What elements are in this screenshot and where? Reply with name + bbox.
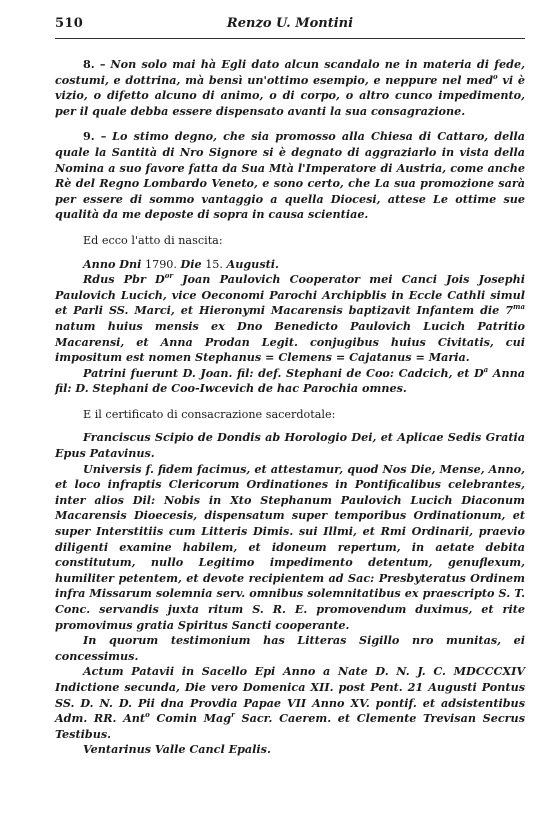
- section-number: 9. –: [83, 129, 106, 143]
- birth-year: 1790.: [145, 258, 177, 271]
- superscript: or: [165, 271, 173, 280]
- ordination-issuer: Franciscus Scipio de Dondis ab Horologio…: [55, 430, 525, 461]
- ordination-actum: Actum Patavii in Sacello Epi Anno a Nate…: [55, 664, 525, 742]
- document-page: 510 Renzo U. Montini 8. – Non solo mai h…: [55, 14, 525, 758]
- header-rule: [55, 38, 525, 39]
- die-label: Die: [181, 257, 202, 271]
- anno-label: Anno Dni: [83, 257, 141, 271]
- spacer: [55, 422, 525, 430]
- birth-month: Augusti.: [227, 257, 279, 271]
- spacer: [55, 223, 525, 233]
- running-title: Renzo U. Montini: [55, 16, 525, 31]
- spacer: [55, 119, 525, 129]
- section-text: Non solo mai hà Egli dato alcun scandalo…: [55, 57, 525, 87]
- spacer: [55, 397, 525, 407]
- ordination-intro: E il certificato di consacrazione sacerd…: [55, 407, 525, 423]
- chancellor-signature: Ventarinus Valle Cancl Epalis.: [55, 742, 525, 758]
- section-number: 8. –: [83, 57, 106, 71]
- ordination-attestation: Universis f. fidem facimus, et attestamu…: [55, 462, 525, 634]
- document-body: 8. – Non solo mai hà Egli dato alcun sca…: [55, 57, 525, 758]
- godparents-record: Patrini fuerunt D. Joan. fil: def. Steph…: [55, 366, 525, 397]
- baptism-record: Rdus Pbr Dor Joan Paulovich Cooperator m…: [55, 272, 525, 366]
- birth-record-intro: Ed ecco l'atto di nascita:: [55, 233, 525, 249]
- section-text: Lo stimo degno, che sia promosso alla Ch…: [55, 129, 525, 221]
- paragraph-section-9: 9. – Lo stimo degno, che sia promosso al…: [55, 129, 525, 223]
- running-header: 510 Renzo U. Montini: [55, 14, 525, 36]
- actum-text-2: Comin Mag: [150, 711, 231, 725]
- baptism-text-3: natum huius mensis ex Dno Benedicto Paul…: [55, 319, 525, 364]
- ordination-testimony: In quorum testimonium has Litteras Sigil…: [55, 633, 525, 664]
- superscript: ma: [513, 302, 525, 311]
- birth-day: 15.: [205, 258, 223, 271]
- paragraph-section-8: 8. – Non solo mai hà Egli dato alcun sca…: [55, 57, 525, 119]
- birth-date-line: Anno Dni 1790. Die 15. Augusti.: [55, 257, 525, 273]
- baptism-text-1: Rdus Pbr D: [83, 272, 165, 286]
- godparents-text-1: Patrini fuerunt D. Joan. fil: def. Steph…: [83, 366, 484, 380]
- spacer: [55, 249, 525, 257]
